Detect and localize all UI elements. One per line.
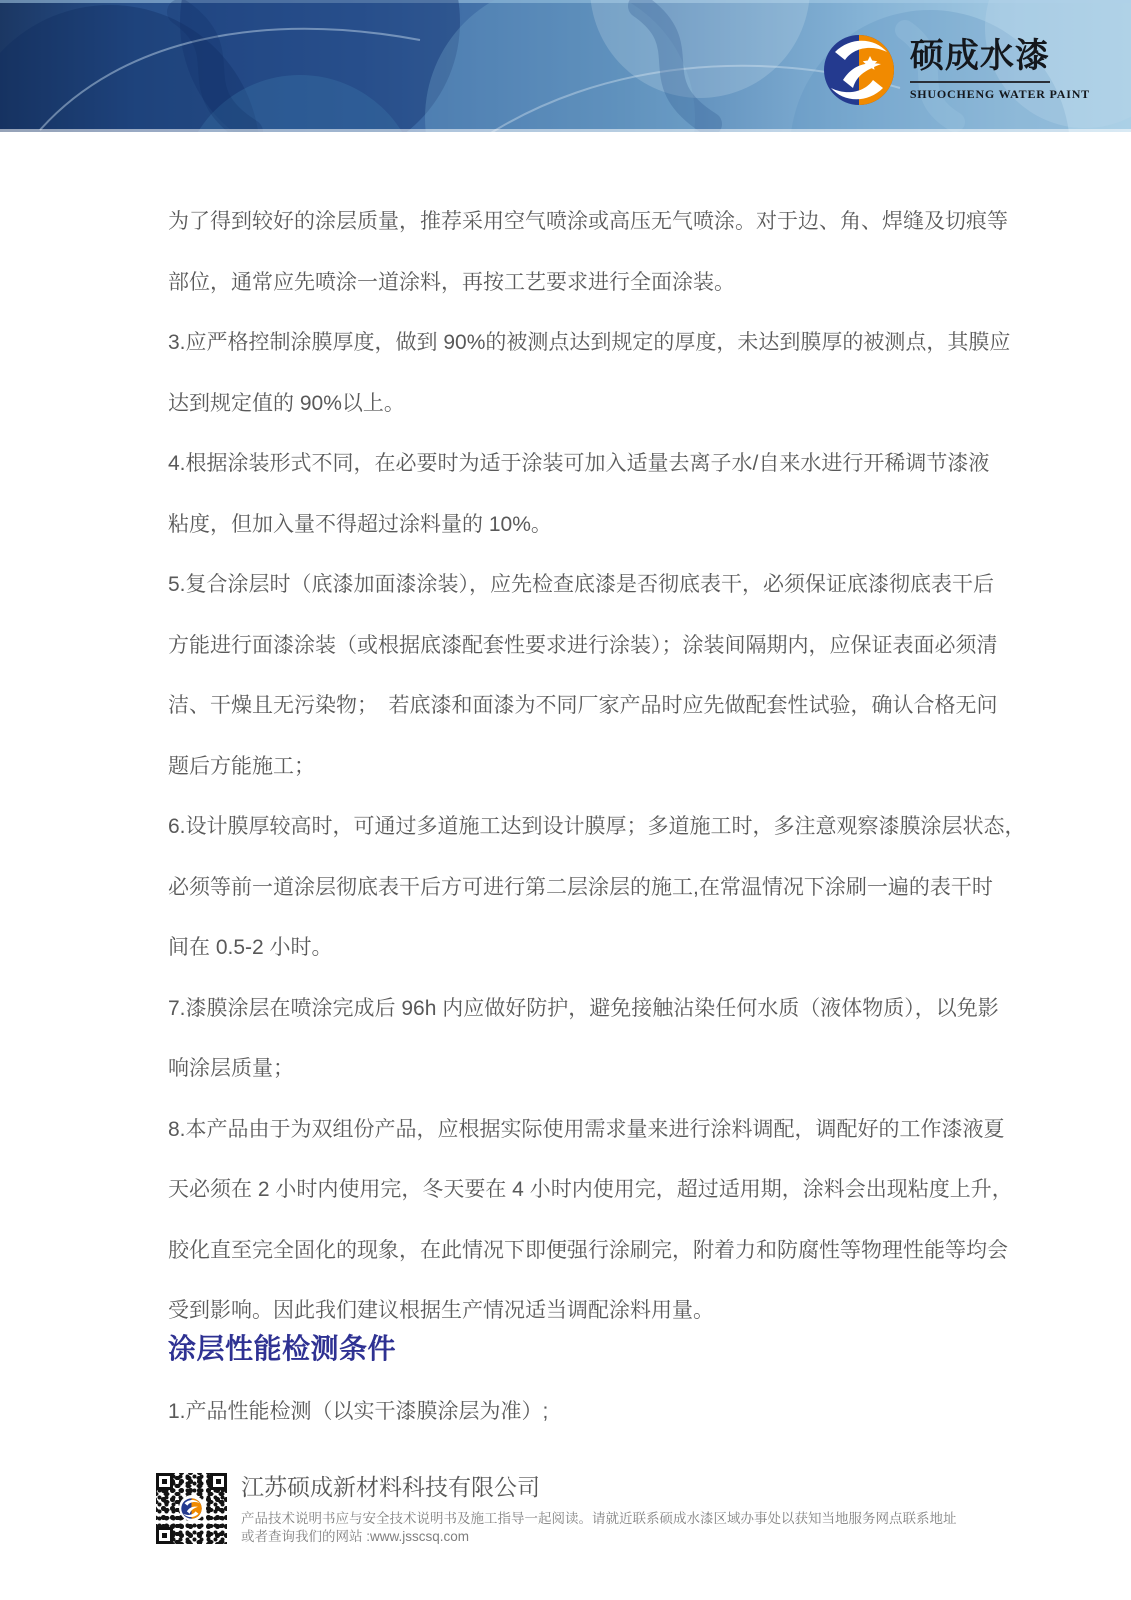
brand-text: 硕成水漆 SHUOCHENG WATER PAINT	[910, 40, 1090, 100]
footer: 江苏硕成新材料科技有限公司 产品技术说明书应与安全技术说明书及施工指导一起阅读。…	[155, 1472, 1101, 1547]
qr-finder-icon	[156, 1527, 173, 1544]
body-text-line: 达到规定值的 90%以上。	[168, 374, 971, 435]
qr-center-logo-icon	[179, 1495, 205, 1521]
footer-note-line2: 或者查询我们的网站 :www.jsscsq.com	[241, 1528, 957, 1546]
body-text-line: 7.漆膜涂层在喷涂完成后 96h 内应做好防护，避免接触沾染任何水质（液体物质）…	[168, 979, 971, 1040]
brand-logo: 硕成水漆 SHUOCHENG WATER PAINT	[823, 34, 1090, 106]
qr-finder-icon	[210, 1473, 227, 1490]
body-text-line: 间在 0.5-2 小时。	[168, 918, 971, 979]
body-text-line: 6.设计膜厚较高时，可通过多道施工达到设计膜厚；多道施工时，多注意观察漆膜涂层状…	[168, 797, 971, 858]
shuocheng-s-logo-icon	[823, 34, 895, 106]
body-text-line: 响涂层质量；	[168, 1039, 971, 1100]
body-text-line: 5.复合涂层时（底漆加面漆涂装），应先检查底漆是否彻底表干，必须保证底漆彻底表干…	[168, 555, 971, 616]
body-text-line: 粘度，但加入量不得超过涂料量的 10%。	[168, 495, 971, 556]
body-text-line: 题后方能施工；	[168, 737, 971, 798]
qr-finder-icon	[156, 1473, 173, 1490]
brand-name-cn: 硕成水漆	[910, 40, 1050, 83]
body-text-line: 洁、干燥且无污染物； 若底漆和面漆为不同厂家产品时应先做配套性试验，确认合格无问	[168, 676, 971, 737]
header-banner: 硕成水漆 SHUOCHENG WATER PAINT	[0, 0, 1131, 132]
document-page: 硕成水漆 SHUOCHENG WATER PAINT 为了得到较好的涂层质量，推…	[0, 0, 1131, 1600]
footer-note-line1: 产品技术说明书应与安全技术说明书及施工指导一起阅读。请就近联系硕成水漆区域办事处…	[241, 1510, 957, 1528]
body-text-line: 部位，通常应先喷涂一道涂料，再按工艺要求进行全面涂装。	[168, 253, 971, 314]
footer-text: 江苏硕成新材料科技有限公司 产品技术说明书应与安全技术说明书及施工指导一起阅读。…	[241, 1472, 957, 1547]
body-text-line: 天必须在 2 小时内使用完，冬天要在 4 小时内使用完，超过适用期，涂料会出现粘…	[168, 1160, 971, 1221]
body-text-line: 3.应严格控制涂膜厚度，做到 90%的被测点达到规定的厚度，未达到膜厚的被测点，…	[168, 313, 971, 374]
document-body: 为了得到较好的涂层质量，推荐采用空气喷涂或高压无气喷涂。对于边、角、焊缝及切痕等…	[0, 132, 1131, 1428]
body-text-line: 必须等前一道涂层彻底表干后方可进行第二层涂层的施工,在常温情况下涂刷一遍的表干时	[168, 858, 971, 919]
body-text-line: 胶化直至完全固化的现象，在此情况下即便强行涂刷完，附着力和防腐性等物理性能等均会	[168, 1221, 971, 1282]
body-text-line: 8.本产品由于为双组份产品，应根据实际使用需求量来进行涂料调配，调配好的工作漆液…	[168, 1100, 971, 1161]
body-text-line: 方能进行面漆涂装（或根据底漆配套性要求进行涂装）；涂装间隔期内，应保证表面必须清	[168, 616, 971, 677]
body-text-line: 为了得到较好的涂层质量，推荐采用空气喷涂或高压无气喷涂。对于边、角、焊缝及切痕等	[168, 192, 971, 253]
detection-item-line: 1.产品性能检测（以实干漆膜涂层为准）;	[168, 1396, 971, 1428]
body-text-line: 4.根据涂装形式不同，在必要时为适于涂装可加入适量去离子水/自来水进行开稀调节漆…	[168, 434, 971, 495]
qr-code-icon	[155, 1472, 228, 1545]
company-name: 江苏硕成新材料科技有限公司	[241, 1474, 957, 1502]
brand-name-en: SHUOCHENG WATER PAINT	[910, 88, 1090, 100]
body-paragraphs: 为了得到较好的涂层质量，推荐采用空气喷涂或高压无气喷涂。对于边、角、焊缝及切痕等…	[168, 192, 971, 1342]
